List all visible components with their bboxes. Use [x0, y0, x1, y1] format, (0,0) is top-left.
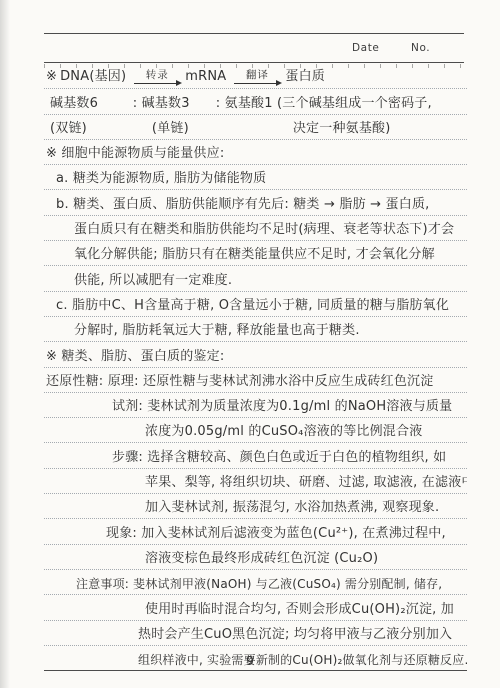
note-line: 注意事项: 斐林试剂甲液(NaOH) 与乙液(CuSO₄) 需分别配制, 储存, [44, 570, 467, 595]
note-line-text: 碱基数6 : 碱基数3 : 氨基酸1 (三个碱基组成一个密码子, [44, 97, 432, 114]
flow-mrna: mRNA [185, 70, 226, 83]
note-line-text: 注意事项: 斐林试剂甲液(NaOH) 与乙液(CuSO₄) 需分别配制, 储存, [44, 578, 442, 594]
flow-dna: DNA(基因) [60, 70, 126, 83]
note-line-text: 试剂: 斐林试剂为质量浓度为0.1g/ml 的NaOH溶液与质量 [44, 400, 452, 417]
header-rule-top [44, 33, 464, 34]
note-line-text: a. 糖类为能源物质, 脂肪为储能物质 [44, 172, 266, 189]
note-line: ※ 细胞中能源物质与能量供应: [44, 140, 467, 165]
note-line-text: 使用时再临时混合均匀, 否则会形成Cu(OH)₂沉淀, 加 [44, 603, 454, 620]
note-line: 步骤: 选择含糖较高、颜色白色或近于白色的植物组织, 如 [44, 443, 467, 468]
note-line-text: 蛋白质只有在糖类和脂肪供能均不足时(病理、衰老等状态下)才会 [44, 223, 454, 240]
note-line: 氧化分解供能; 脂肪只有在糖类能量供应不足时, 才会氧化分解 [44, 241, 467, 266]
note-lines: ※ DNA(基因) 转录 mRNA 翻译 蛋白质 碱基数6 : 碱基数3 : 氨… [44, 64, 467, 671]
note-line: 供能, 所以减肥有一定难度. [44, 266, 467, 291]
note-line-text: 苹果、梨等, 将组织切块、研磨、过滤, 取滤液, 在滤液中 [44, 476, 467, 493]
note-line-text: 步骤: 选择含糖较高、颜色白色或近于白色的植物组织, 如 [44, 451, 446, 468]
note-line-flow: ※ DNA(基因) 转录 mRNA 翻译 蛋白质 [44, 64, 467, 89]
notebook-page: Date No. ※ DNA(基因) 转录 mRNA 翻译 蛋白质 碱基数6 :… [0, 0, 500, 688]
note-line: 使用时再临时混合均匀, 否则会形成Cu(OH)₂沉淀, 加 [44, 595, 467, 620]
note-line-text: ※ 糖类、脂肪、蛋白质的鉴定: [44, 350, 224, 367]
transcription-arrow-label: 转录 [134, 70, 180, 81]
right-arrow-icon [234, 83, 280, 84]
note-line-text: 热时会产生CuO黑色沉淀; 均匀将甲液与乙液分别加入 [44, 628, 452, 645]
note-line-text: (双链) (单链) 决定一种氨基酸) [44, 122, 391, 139]
page-edge-shadow [0, 0, 10, 688]
flow-protein: 蛋白质 [285, 70, 325, 83]
note-line-text: 氧化分解供能; 脂肪只有在糖类能量供应不足时, 才会氧化分解 [44, 248, 435, 265]
note-line-text: 加入斐林试剂, 振荡混匀, 水浴加热煮沸, 观察现象. [44, 501, 439, 518]
note-line: 溶液变棕色最终形成砖红色沉淀 (Cu₂O) [44, 545, 467, 570]
note-line-text: 浓度为0.05g/ml 的CuSO₄溶液的等比例混合液 [44, 425, 422, 442]
right-arrow-icon [134, 83, 180, 84]
note-line: 碱基数6 : 碱基数3 : 氨基酸1 (三个碱基组成一个密码子, [44, 89, 467, 114]
note-line: 加入斐林试剂, 振荡混匀, 水浴加热煮沸, 观察现象. [44, 494, 467, 519]
note-line-text: 溶液变棕色最终形成砖红色沉淀 (Cu₂O) [44, 552, 378, 569]
transcription-arrow: 转录 [134, 70, 180, 85]
note-line: (双链) (单链) 决定一种氨基酸) [44, 115, 467, 140]
flow-line-text: ※ DNA(基因) 转录 mRNA 翻译 蛋白质 [44, 70, 328, 89]
note-line: ※ 糖类、脂肪、蛋白质的鉴定: [44, 342, 467, 367]
note-line-text: 还原性糖: 原理: 还原性糖与斐林试剂沸水浴中反应生成砖红色沉淀 [44, 375, 433, 392]
note-line: c. 脂肪中C、H含量高于糖, O含量远小于糖, 同质量的糖与脂肪氧化 [44, 292, 467, 317]
note-line-text: ※ 细胞中能源物质与能量供应: [44, 147, 224, 164]
note-line-text: b. 糖类、蛋白质、脂肪供能顺序有先后: 糖类 → 脂肪 → 蛋白质, [44, 198, 429, 215]
translation-arrow-label: 翻译 [234, 70, 280, 81]
note-line: 试剂: 斐林试剂为质量浓度为0.1g/ml 的NaOH溶液与质量 [44, 393, 467, 418]
note-line-text: 现象: 加入斐林试剂后滤液变为蓝色(Cu²⁺), 在煮沸过程中, [44, 527, 446, 544]
page-number: 9 [0, 653, 500, 668]
note-line: 分解时, 脂肪耗氧远大于糖, 释放能量也高于糖类. [44, 317, 467, 342]
section-marker: ※ [46, 70, 57, 83]
note-line: b. 糖类、蛋白质、脂肪供能顺序有先后: 糖类 → 脂肪 → 蛋白质, [44, 190, 467, 215]
note-line: 还原性糖: 原理: 还原性糖与斐林试剂沸水浴中反应生成砖红色沉淀 [44, 368, 467, 393]
note-line: 热时会产生CuO黑色沉淀; 均匀将甲液与乙液分别加入 [44, 621, 467, 646]
note-line: 浓度为0.05g/ml 的CuSO₄溶液的等比例混合液 [44, 418, 467, 443]
note-line: a. 糖类为能源物质, 脂肪为储能物质 [44, 165, 467, 190]
note-line: 苹果、梨等, 将组织切块、研磨、过滤, 取滤液, 在滤液中 [44, 469, 467, 494]
note-line: 现象: 加入斐林试剂后滤液变为蓝色(Cu²⁺), 在煮沸过程中, [44, 519, 467, 544]
no-label: No. [411, 42, 430, 54]
note-line-text: 供能, 所以减肥有一定难度. [44, 274, 232, 291]
date-label: Date [352, 42, 380, 54]
translation-arrow: 翻译 [234, 70, 280, 85]
note-line: 蛋白质只有在糖类和脂肪供能均不足时(病理、衰老等状态下)才会 [44, 216, 467, 241]
note-line-text: c. 脂肪中C、H含量高于糖, O含量远小于糖, 同质量的糖与脂肪氧化 [44, 299, 449, 316]
note-line-text: 分解时, 脂肪耗氧远大于糖, 释放能量也高于糖类. [44, 324, 360, 341]
